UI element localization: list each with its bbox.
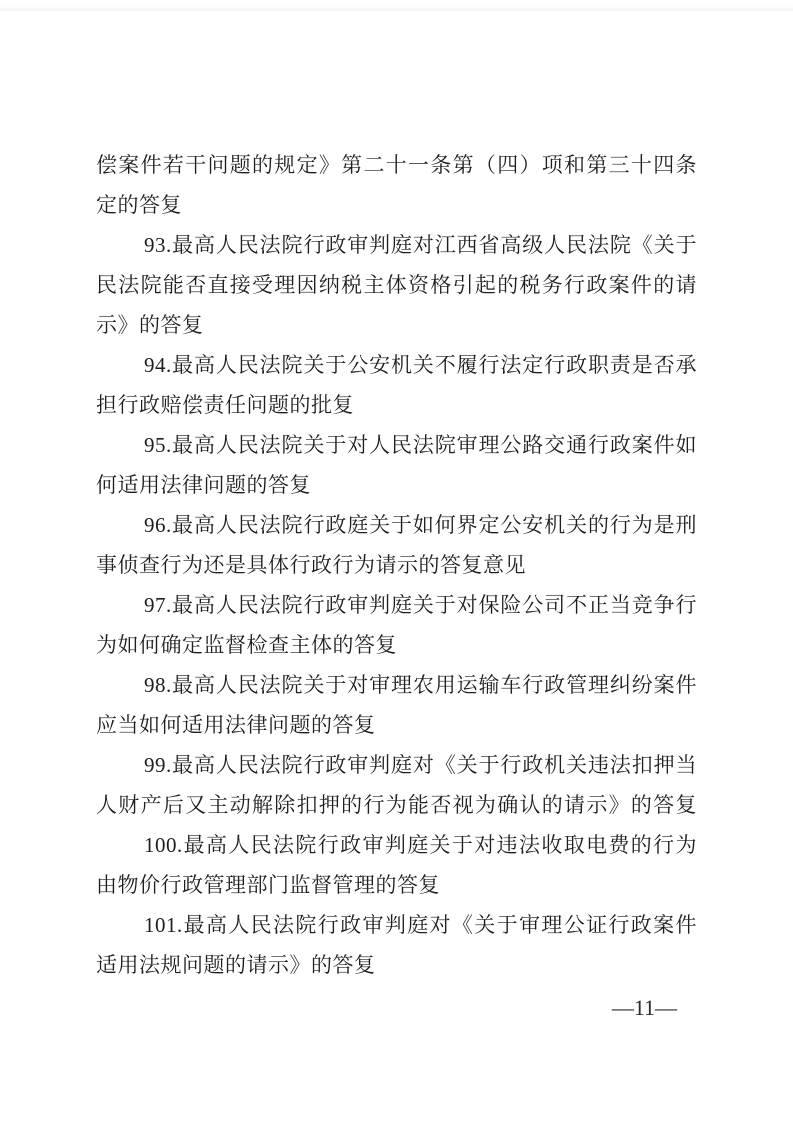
document-body: 偿案件若干问题的规定》第二十一条第（四）项和第三十四条规定的答复93.最高人民法… xyxy=(96,145,697,985)
text-line: 97.最高人民法院行政审判庭关于对保险公司不正当竞争行 xyxy=(96,585,697,625)
text-line: 为如何确定监督检查主体的答复 xyxy=(96,625,697,665)
document-page: 偿案件若干问题的规定》第二十一条第（四）项和第三十四条规定的答复93.最高人民法… xyxy=(0,0,793,1122)
text-line: 95.最高人民法院关于对人民法院审理公路交通行政案件如 xyxy=(96,425,697,465)
text-line: 偿案件若干问题的规定》第二十一条第（四）项和第三十四条规 xyxy=(96,145,697,185)
text-line: 96.最高人民法院行政庭关于如何界定公安机关的行为是刑 xyxy=(96,505,697,545)
text-line: 94.最高人民法院关于公安机关不履行法定行政职责是否承 xyxy=(96,345,697,385)
text-line: 示》的答复 xyxy=(96,305,697,345)
text-line: 98.最高人民法院关于对审理农用运输车行政管理纠纷案件 xyxy=(96,665,697,705)
scan-artifact-line xyxy=(0,7,793,12)
text-line: 由物价行政管理部门监督管理的答复 xyxy=(96,865,697,905)
text-line: 93.最高人民法院行政审判庭对江西省高级人民法院《关于人 xyxy=(96,225,697,265)
text-line: 101.最高人民法院行政审判庭对《关于审理公证行政案件中 xyxy=(96,905,697,945)
text-line: 定的答复 xyxy=(96,185,697,225)
text-line: 担行政赔偿责任问题的批复 xyxy=(96,385,697,425)
text-line: 人财产后又主动解除扣押的行为能否视为确认的请示》的答复 xyxy=(96,785,697,825)
text-line: 99.最高人民法院行政审判庭对《关于行政机关违法扣押当事 xyxy=(96,745,697,785)
page-number: —11— xyxy=(0,996,677,1020)
text-line: 100.最高人民法院行政审判庭关于对违法收取电费的行为应 xyxy=(96,825,697,865)
text-line: 适用法规问题的请示》的答复 xyxy=(96,945,697,985)
text-line: 应当如何适用法律问题的答复 xyxy=(96,705,697,745)
text-line: 事侦查行为还是具体行政行为请示的答复意见 xyxy=(96,545,697,585)
text-line: 何适用法律问题的答复 xyxy=(96,465,697,505)
text-line: 民法院能否直接受理因纳税主体资格引起的税务行政案件的请 xyxy=(96,265,697,305)
